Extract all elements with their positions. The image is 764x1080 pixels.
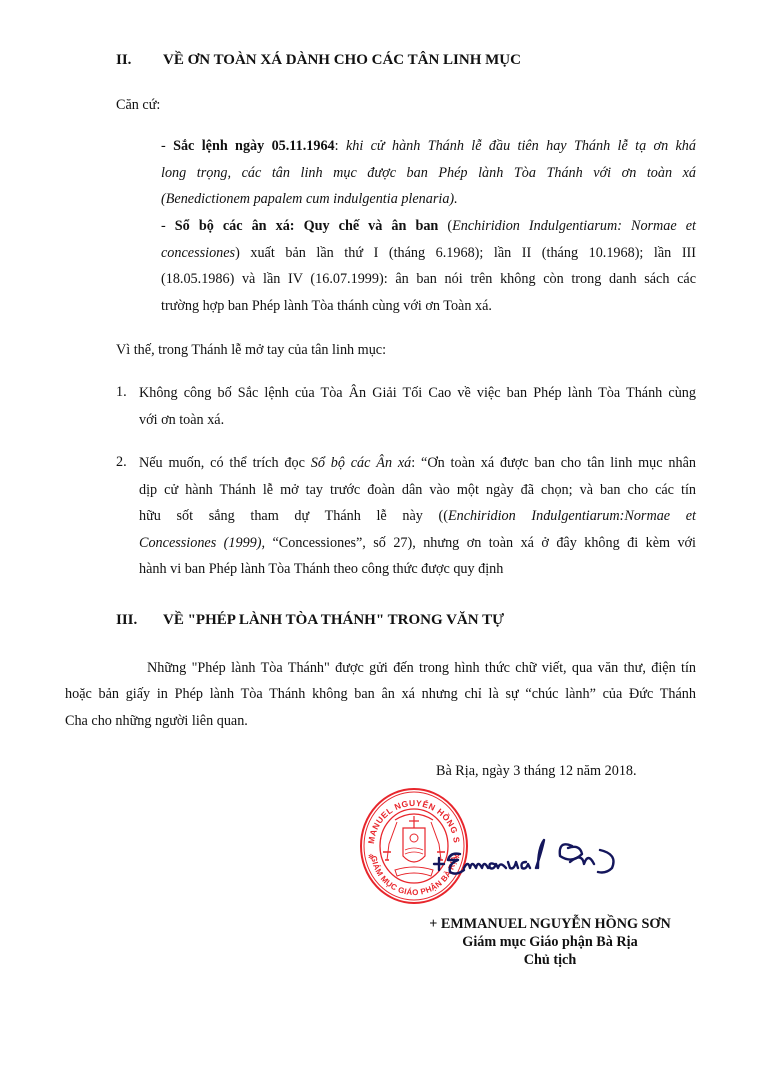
list-item-2-line-4: Concessiones (1999), “Concessiones”, số … — [139, 534, 696, 561]
enchiridion-latin-1: Enchiridion Indulgentiarum: Normae et — [452, 218, 696, 234]
book-title: Sổ bộ các Ân xá — [311, 455, 412, 471]
section-3-paragraph-cont: hoặc bản giấy in Phép lành Tòa Thánh khô… — [65, 685, 696, 732]
list-item-2-line-2: dịp cử hành Thánh lễ mở tay trước đoàn d… — [139, 481, 696, 508]
section-2-number: II. — [116, 52, 131, 69]
decree-paragraph: - Sắc lệnh ngày 05.11.1964: khi cử hành … — [161, 137, 696, 210]
list-item-2: Nếu muốn, có thể trích đọc Sổ bộ các Ân … — [139, 454, 696, 580]
text: hữu sốt sắng tham dự Thánh lễ này (( — [139, 508, 448, 524]
list-item-2-line-3: hữu sốt sắng tham dự Thánh lễ này ((Ench… — [139, 507, 696, 534]
signer-name: + EMMANUEL NGUYỄN HỒNG SƠN — [400, 915, 700, 933]
enchiridion-line-2-rest: ) xuất bản lần thứ I (tháng 6.1968); lần… — [235, 245, 696, 261]
handwritten-signature — [432, 828, 632, 888]
enchiridion-line-1: - Sổ bộ các ân xá: Quy chế và ân ban (En… — [161, 217, 696, 244]
section-3-line-1: Những "Phép lành Tòa Thánh" được gửi đến… — [116, 659, 696, 686]
list-item-2-line-5: hành vi ban Phép lành Tòa Thánh theo côn… — [139, 560, 696, 580]
enchiridion-line-2: concessiones) xuất bản lần thứ I (tháng … — [161, 244, 696, 271]
list-item-1-line-2: với ơn toàn xá. — [139, 411, 696, 431]
list-item-1-number: 1. — [116, 384, 127, 401]
section-2-title: VỀ ƠN TOÀN XÁ DÀNH CHO CÁC TÂN LINH MỤC — [163, 52, 521, 69]
section-2-heading: II. VỀ ƠN TOÀN XÁ DÀNH CHO CÁC TÂN LINH … — [116, 52, 716, 72]
list-item-1-line-1: Không công bố Sắc lệnh của Tòa Ân Giải T… — [139, 384, 696, 411]
basis-label: Căn cứ: — [116, 97, 160, 114]
document-page: II. VỀ ƠN TOÀN XÁ DÀNH CHO CÁC TÂN LINH … — [0, 0, 764, 1080]
enchiridion-latin-2: concessiones — [161, 245, 235, 261]
dash: - — [161, 138, 173, 154]
section-3-line-2: hoặc bản giấy in Phép lành Tòa Thánh khô… — [65, 685, 696, 712]
section-3-heading: III. VỀ "PHÉP LÀNH TÒA THÁNH" TRONG VĂN … — [116, 612, 716, 632]
svg-text:✻: ✻ — [368, 853, 374, 861]
colon: : — [335, 138, 346, 154]
signer-title: Giám mục Giáo phận Bà Rịa — [400, 933, 700, 951]
decree-text-1: khi cử hành Thánh lễ đầu tiên hay Thánh … — [346, 138, 696, 154]
section-3-paragraph: Những "Phép lành Tòa Thánh" được gửi đến… — [116, 659, 696, 686]
section-3-number: III. — [116, 612, 137, 629]
section-3-line-3: Cha cho những người liên quan. — [65, 712, 696, 732]
latin-title: Concessiones (1999), — [139, 535, 265, 551]
text: Nếu muốn, có thể trích đọc — [139, 455, 311, 471]
decree-text-3: (Benedictionem papalem cum indulgentia p… — [161, 190, 696, 210]
text: : “Ơn toàn xá được ban cho tân linh mục … — [411, 455, 696, 471]
list-item-2-line-1: Nếu muốn, có thể trích đọc Sổ bộ các Ân … — [139, 454, 696, 481]
place-date: Bà Rịa, ngày 3 tháng 12 năm 2018. — [436, 763, 637, 780]
enchiridion-paragraph: - Sổ bộ các ân xá: Quy chế và ân ban (En… — [161, 217, 696, 317]
signer-role: Chủ tịch — [400, 951, 700, 969]
section-3-title: VỀ "PHÉP LÀNH TÒA THÁNH" TRONG VĂN TỰ — [163, 612, 504, 629]
therefore-text: Vì thế, trong Thánh lễ mở tay của tân li… — [116, 342, 386, 359]
signer-block: + EMMANUEL NGUYỄN HỒNG SƠN Giám mục Giáo… — [400, 915, 700, 969]
paren: ( — [438, 218, 452, 234]
enchiridion-line-3: (18.05.1986) và lần IV (16.07.1999): ân … — [161, 270, 696, 297]
enchiridion-label: Sổ bộ các ân xá: Quy chế và ân ban — [175, 218, 439, 234]
list-item-2-number: 2. — [116, 454, 127, 471]
text: “Concessiones”, số 27), nhưng ơn toàn xá… — [265, 535, 696, 551]
decree-text-2: long trọng, các tân linh mục được ban Ph… — [161, 164, 696, 191]
dash: - — [161, 218, 175, 234]
list-item-1: Không công bố Sắc lệnh của Tòa Ân Giải T… — [139, 384, 696, 431]
decree-line-1: - Sắc lệnh ngày 05.11.1964: khi cử hành … — [161, 137, 696, 164]
enchiridion-line-4: trường hợp ban Phép lành Tòa thánh cùng … — [161, 297, 696, 317]
decree-label: Sắc lệnh ngày 05.11.1964 — [173, 138, 335, 154]
latin-title: Enchiridion Indulgentiarum:Normae et — [448, 508, 696, 524]
